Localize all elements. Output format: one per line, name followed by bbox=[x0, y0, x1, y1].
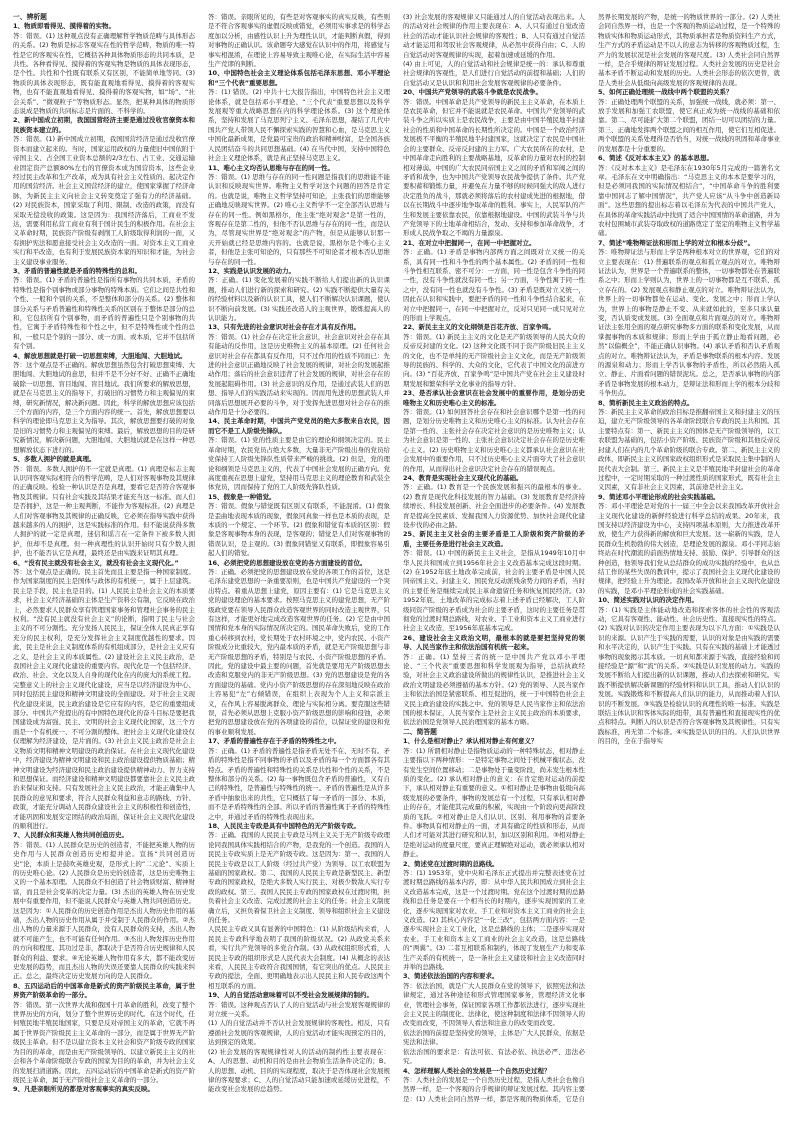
question-text: 19、人的自觉活动意味着可以不受社会发展规律的制约。 bbox=[208, 991, 390, 1000]
answer-paragraph: 答：依法治国，就是广大人民群众在党的领导下，依照宪法和法律规定，通过各种途径和形… bbox=[403, 982, 585, 1029]
question-answer-item: 7、简述“唯物辩证法和形而上学的对立和根本分歧”。 答：唯物辩证法与形而上学是两… bbox=[598, 239, 780, 399]
question-text: 25、新民主主义社会的主要矛盾是工人阶级和资产阶级的矛盾，主要任务是进行社会主义… bbox=[403, 530, 585, 549]
answer-paragraph: 答：错误。多数人拥护的不一定就是真理。(1) 真理是标志主观认识同客观实际相符合… bbox=[13, 465, 195, 559]
answer-paragraph: 答：邓小平理论是对党的十一届三中全会以来我国改革开放社会主义现代化建设的新鲜经验… bbox=[598, 502, 780, 596]
section-heading-analysis-questions: 一、辨析题 bbox=[13, 13, 195, 22]
question-answer-item: 24、教育是实现社会主义现代化的基础。 答：正确。(1) 教育是一个民族发展和振… bbox=[403, 474, 585, 530]
question-text: 6、“没有民主就没有社会主义，就没有社会主义现代化。” bbox=[13, 559, 195, 568]
question-text: 1、物质即看得见、摸得着的实物。 bbox=[13, 22, 195, 31]
answer-paragraph: 答：正确处理两个联盟的关系，加强统一战线，就必须：第一、放手发展和加强工农联盟，… bbox=[598, 98, 780, 154]
answer-paragraph: 人民民主专政又具有显著的中国特色：(1) 从阶级结构来看，人民民主专政科学地表明… bbox=[208, 925, 390, 991]
answer-paragraph: 依法治国的要求是：有法可依、有法必依、执法必严、违法必究。 bbox=[403, 1048, 585, 1067]
section-heading-short-answer-questions: 二、简答题 bbox=[403, 728, 585, 737]
question-answer-item: 15、假象是一种错觉。 答：错误。假象与错觉既有区别又有联系，不能混淆。(1) … bbox=[208, 493, 390, 559]
answer-paragraph: 答：错误。(1) 人民群众是历史的创造者，不能把英雄人物的历史作用与人民群众创造… bbox=[13, 841, 195, 982]
question-answer-item: 25、新民主主义社会的主要矛盾是工人阶级和资产阶级的矛盾，主要任务是进行社会主义… bbox=[403, 530, 585, 633]
question-text: 17、矛盾的普遍性存在于矛盾的特殊性之中。 bbox=[208, 737, 390, 746]
answer-paragraph: (1) 人的自觉活动并不否认社会发展规律的客观性。相反，只有遵循社会发展的客观规… bbox=[208, 1019, 390, 1047]
question-answer-item: 10、中国特色社会主义理论体系包括毛泽东思想、邓小平理论和“三个代表”重要思想。… bbox=[208, 69, 390, 163]
question-text: 5、如何正确处理统一战线中两个联盟的关系？ bbox=[598, 88, 780, 97]
answer-paragraph: (4) 由上可见，人的自觉活动和社会规律是统一的：承认和尊重社会规律的客观性，是… bbox=[403, 60, 585, 88]
document-columns: 一、辨析题 1、物质即看得见、摸得着的实物。 答：错误。(1) 这种观点没有正确… bbox=[13, 13, 780, 1108]
question-answer-item: 3、简述依法治国的内容和要求。 答：依法治国，就是广大人民群众在党的领导下，依照… bbox=[403, 972, 585, 1066]
answer-paragraph: 答：这个观点是不正确的。解放思想虽然包含打破思想束缚、大胆地闯、大胆地试的意思，… bbox=[13, 361, 195, 455]
answer-paragraph: 答：错误。(1) 中国的新民主主义社会，是指从1949年10月中华人民共和国成立… bbox=[403, 549, 585, 634]
answer-paragraph: 答：错误。(1) 新民主主义的文化是无产阶级领导的人民大众的反帝反封建的文化。(… bbox=[403, 333, 585, 389]
answer-paragraph: 答：(1) 1953年，党中央和毛泽东正式提出并完整表述党在过渡时期总路线的基本… bbox=[403, 869, 585, 972]
question-answer-item: 12、实践是认识发展的动力。 答：正确。(1) 变化发展着的实践不断给人们提出新… bbox=[208, 267, 390, 323]
question-text: 10、中国特色社会主义理论体系包括毛泽东思想、邓小平理论和“三个代表”重要思想。 bbox=[208, 69, 390, 88]
question-answer-item: 1、物质即看得见、摸得着的实物。 答：错误。(1) 这种观点没有正确理解哲学物质… bbox=[13, 22, 195, 116]
question-answer-item: 8、简析新民主主义政治的特点。 答：新民主主义革命的政治目标是推翻帝国主义和封建… bbox=[598, 399, 780, 493]
question-text: 18、人民民主专政是具有中国特色的无产阶级专政。 bbox=[208, 822, 390, 831]
question-text: 13、只有先进的社会意识对社会存在才具有反作用。 bbox=[208, 323, 390, 332]
question-answer-item: 6、“没有民主就没有社会主义，就没有社会主义现代化。” 答：这个观点是正确的。民… bbox=[13, 559, 195, 832]
question-text: 5、多数人拥护的就是真理。 bbox=[13, 455, 195, 464]
question-text: 12、实践是认识发展的动力。 bbox=[208, 267, 390, 276]
answer-paragraph: 答：错误。(1) 思维与存在的同一性问题是指我们的思维能不能认识和反映现实世界。… bbox=[208, 173, 390, 267]
question-text: 26、建设社会主义政治文明，最根本的就是要把坚持党的领导、人民当家作主和依法治国… bbox=[403, 634, 585, 653]
question-text: 3、矛盾的普遍性就是矛盾的特殊性的总和。 bbox=[13, 267, 195, 276]
question-answer-item: 3、矛盾的普遍性就是矛盾的特殊性的总和。 答：错误。(1) 矛盾的普遍性是指所有… bbox=[13, 267, 195, 352]
question-text: 8、简析新民主主义政治的特点。 bbox=[598, 399, 780, 408]
question-text: 24、教育是实现社会主义现代化的基础。 bbox=[403, 474, 585, 483]
question-answer-item: 5、多数人拥护的就是真理。 答：错误。多数人拥护的不一定就是真理。(1) 真理是… bbox=[13, 455, 195, 558]
question-answer-item: 16、必须把党的思想建设放在党的各方面建设的首位。 答：正确。必须把党的思想建设… bbox=[208, 559, 390, 738]
question-answer-item: 6、简述《反对本本主义》的基本思想。 答：《反对本本主义》是毛泽东在1930年5… bbox=[598, 154, 780, 239]
question-answer-item: 18、人民民主专政是具有中国特色的无产阶级专政。 答：正确。我国的人民民主专政是… bbox=[208, 822, 390, 991]
answer-paragraph: 答：正确。必须把党的思想建设放在党的各项工作的首位，这是毛泽东建党思想的一条重要… bbox=[208, 568, 390, 737]
question-answer-item: 2、简述党在过渡时期的总路线。 答：(1) 1953年，党中央和毛泽东正式提出并… bbox=[403, 860, 585, 973]
question-text: 10、简述实践对认识的决定作用。 bbox=[598, 596, 780, 605]
question-answer-item: 8、五四运动后的中国革命是新式的资产阶级民主革命，属于世界资产阶级革命的一部分。… bbox=[13, 982, 195, 1085]
question-answer-item: 2、新中国成立初期，我国国营经济主要是通过没收官僚资本和民族资本建立的。 答：错… bbox=[13, 116, 195, 267]
answer-paragraph: 答：正确。(1) 矛盾是事物内部两方面之间既对立又统一的关系，具有同一性和斗争性… bbox=[403, 248, 585, 323]
answer-paragraph: (2) 社会发展的客观规律性对人的活动的制约性主要表现在：A、人的思想、动机和目… bbox=[208, 1048, 390, 1095]
answer-paragraph: 答：错误。(1) 社会存在决定社会意识，社会意识对社会存在具有能动的反作用，这是… bbox=[208, 333, 390, 418]
answer-paragraph: 答：错误。(1) 新中国成立初期，我国国营经济是通过没收官僚资本而建立起来的。当… bbox=[13, 135, 195, 267]
question-text: 8、五四运动后的中国革命是新式的资产阶级民主革命，属于世界资产阶级革命的一部分。 bbox=[13, 982, 195, 1001]
question-text: 22、新民主主义的文化纲领是百花齐放、百家争鸣。 bbox=[403, 323, 585, 332]
question-text: 9、简述邓小平理论形成的社会实践基础。 bbox=[598, 493, 780, 502]
question-answer-item: 22、新民主主义的文化纲领是百花齐放、百家争鸣。 答：错误。(1) 新民主主义的… bbox=[403, 323, 585, 389]
question-text: 2、简述党在过渡时期的总路线。 bbox=[403, 860, 585, 869]
answer-paragraph: (3) 社会发展的客观规律又只能通过人的自觉活动表现出来。人的活动对社会规律的作… bbox=[403, 13, 585, 60]
answer-paragraph: 答：(1) 实践是主体能动地改造和探索客体的社会性的客观活动，它具有客观性、能动… bbox=[598, 606, 780, 747]
question-answer-item: 1、什么是相对静止？承认相对静止有何意义？ 答：(1) 所谓相对静止是指物质运动… bbox=[403, 737, 585, 859]
question-text: 14、民主革命时期，中国共产党党员的绝大多数来自农民，因而它不是工人阶级先锋队。 bbox=[208, 417, 390, 436]
answer-paragraph: 答：错误。(1) 矛盾的普遍性是指所有事物的共同本质，矛盾的特殊性是指个别事物或… bbox=[13, 276, 195, 351]
answer-paragraph: 答：错误。(1) 党的性质主要是由它的理论和纲领决定的。民主革命时期，农民党员占… bbox=[208, 436, 390, 492]
answer-paragraph: 答：错误。中国革命是共产党领导的新民主主义革命，在本质上是农民革命，但它并不能说… bbox=[403, 98, 585, 239]
question-text: 3、简述依法治国的内容和要求。 bbox=[403, 972, 585, 981]
question-text: 9、凡是亲眼所见的都是对客观事实的真实反映。 bbox=[13, 1085, 195, 1094]
question-text: 16、必须把党的思想建设放在党的各方面建设的首位。 bbox=[208, 559, 390, 568]
answer-paragraph: 答：正确。(1) 变化发展着的实践不断给人们提出新的认识课题，推动人们进行新的探… bbox=[208, 276, 390, 323]
question-text: 20、中国共产党领导的武装斗争就是农民战争。 bbox=[403, 88, 585, 97]
question-text: 1、什么是相对静止？承认相对静止有何意义？ bbox=[403, 737, 585, 746]
question-text: 7、人民群众和英雄人物共同创造历史。 bbox=[13, 831, 195, 840]
answer-paragraph: 答：这个观点是正确的。民主首先而且主要是指一种国家制度。作为国家制度的民主是国体… bbox=[13, 568, 195, 831]
answer-paragraph: 答：错误。(1) 这种观点没有正确理解哲学物质范畴与具体形态的关系。(2) 物质… bbox=[13, 32, 195, 117]
answer-paragraph: 答：错误。亲眼所见的，有些是对客观事实的真实反映，有些则是不符合客观事实的虚假反… bbox=[208, 13, 390, 69]
answer-paragraph: 答：正确。(1) 坚持三者的统一是中国共产党以邓小平理论、“三个代表”重要思想和… bbox=[403, 653, 585, 728]
question-answer-item: 13、只有先进的社会意识对社会存在才具有反作用。 答：错误。(1) 社会存在决定… bbox=[208, 323, 390, 417]
question-text: 6、简述《反对本本主义》的基本思想。 bbox=[598, 154, 780, 163]
question-answer-item: 26、建设社会主义政治文明，最根本的就是要把坚持党的领导、人民当家作主和依法治国… bbox=[403, 634, 585, 728]
question-answer-item: 21、在对立中把握同一，在同一中把握对立。 答：正确。(1) 矛盾是事物内部两方… bbox=[403, 239, 585, 324]
question-answer-item: 14、民主革命时期，中国共产党党员的绝大多数来自农民，因而它不是工人阶级先锋队。… bbox=[208, 417, 390, 492]
question-text: 2、新中国成立初期，我国国营经济主要是通过没收官僚资本和民族资本建立的。 bbox=[13, 116, 195, 135]
answer-paragraph: 答：《反对本本主义》是毛泽东在1930年5月完成的一篇著名文章。毛泽东在文中明确… bbox=[598, 164, 780, 239]
question-answer-item: 7、人民群众和英雄人物共同创造历史。 答：错误。(1) 人民群众是历史的创造者，… bbox=[13, 831, 195, 982]
answer-paragraph: 答：错误。假象与错觉既有区别又有联系，不能混淆。(1) 假象是歪曲地表现本质的现… bbox=[208, 502, 390, 558]
question-text: 21、在对立中把握同一，在同一中把握对立。 bbox=[403, 239, 585, 248]
answer-paragraph: 答：(1) 所谓相对静止是指物质运动的一种特殊状态，相对静止主要指以下两种情形：… bbox=[403, 747, 585, 860]
question-answer-item: 23、是否承认社会意识在社会发展中的重要作用，是划分历史唯物主义和历史唯心主义的… bbox=[403, 389, 585, 474]
question-text: 11、唯心主义均否认思维与存在的同一性。 bbox=[208, 164, 390, 173]
question-answer-item: 5、如何正确处理统一战线中两个联盟的关系？ 答：正确处理两个联盟的关系，加强统一… bbox=[598, 88, 780, 154]
question-answer-item: 11、唯心主义均否认思维与存在的同一性。 答：错误。(1) 思维与存在的同一性问… bbox=[208, 164, 390, 267]
question-answer-item: 20、中国共产党领导的武装斗争就是农民战争。 答：错误。中国革命是共产党领导的新… bbox=[403, 88, 585, 239]
answer-paragraph: 答：正确。(1) 矛盾的普遍性是指矛盾无处不在、无时不有。矛盾的特殊性是指不同事… bbox=[208, 747, 390, 822]
answer-paragraph: 答：错误。第一次世界大战和俄国十月革命的胜利，改变了整个世界历史的方向，划分了整… bbox=[13, 1001, 195, 1086]
question-text: 7、简述“唯物辩证法和形而上学的对立和根本分歧”。 bbox=[598, 239, 780, 248]
answer-paragraph: 答：错误。(1) 如何回答社会存在和社会意识哪个是第一性的问题，是划分历史唯物主… bbox=[403, 408, 585, 474]
answer-paragraph: 答：新民主主义革命的政治目标是推翻帝国主义和封建主义的压迫，建立无产阶级领导的各… bbox=[598, 408, 780, 493]
answer-paragraph: 答：错误。这种观点否认了人的自觉活动与社会发展客观规律的对立统一关系。 bbox=[208, 1001, 390, 1020]
answer-paragraph: 依法治国的前提是坚持党的领导，主体是广大人民群众，依据是宪法和法律。 bbox=[403, 1029, 585, 1048]
question-answer-item: 17、矛盾的普遍性存在于矛盾的特殊性之中。 答：正确。(1) 矛盾的普遍性是指矛… bbox=[208, 737, 390, 822]
answer-paragraph: 答：正确。(1) 教育是一个民族发展和振兴的最根本的事业。(2) 教育是现代化科… bbox=[403, 483, 585, 530]
answer-paragraph: 答：(1) 错误。(2) 中共十七大报告指出，中国特色社会主义理论体系，就是包括… bbox=[208, 88, 390, 163]
question-answer-item: 10、简述实践对认识的决定作用。 答：(1) 实践是主体能动地改造和探索客体的社… bbox=[598, 596, 780, 747]
question-text: 15、假象是一种错觉。 bbox=[208, 493, 390, 502]
question-answer-item: 4、解放思想就是打破一切思想束缚，大胆地闯、大胆地试。 答：这个观点是不正确的。… bbox=[13, 352, 195, 455]
question-answer-item: 9、简述邓小平理论形成的社会实践基础。 答：邓小平理论是对党的十一届三中全会以来… bbox=[598, 493, 780, 596]
question-text: 4、解放思想就是打破一切思想束缚，大胆地闯、大胆地试。 bbox=[13, 352, 195, 361]
question-text: 23、是否承认社会意识在社会发展中的重要作用，是划分历史唯物主义和历史唯心主义的… bbox=[403, 389, 585, 408]
answer-paragraph: 答：唯物辩证法与形而上学是两种根本对立的世界观，它们的对立主要表现在：(1) 普… bbox=[598, 248, 780, 399]
answer-paragraph: 答：正确。我国的人民民主专政是马列主义关于无产阶级专政理论同我国具体实践相结合的… bbox=[208, 831, 390, 925]
document-page: 一、辨析题 1、物质即看得见、摸得着的实物。 答：错误。(1) 这种观点没有正确… bbox=[0, 0, 793, 1122]
question-text: 4、怎样理解人类社会的发展是一个自然历史过程？ bbox=[403, 1067, 585, 1076]
